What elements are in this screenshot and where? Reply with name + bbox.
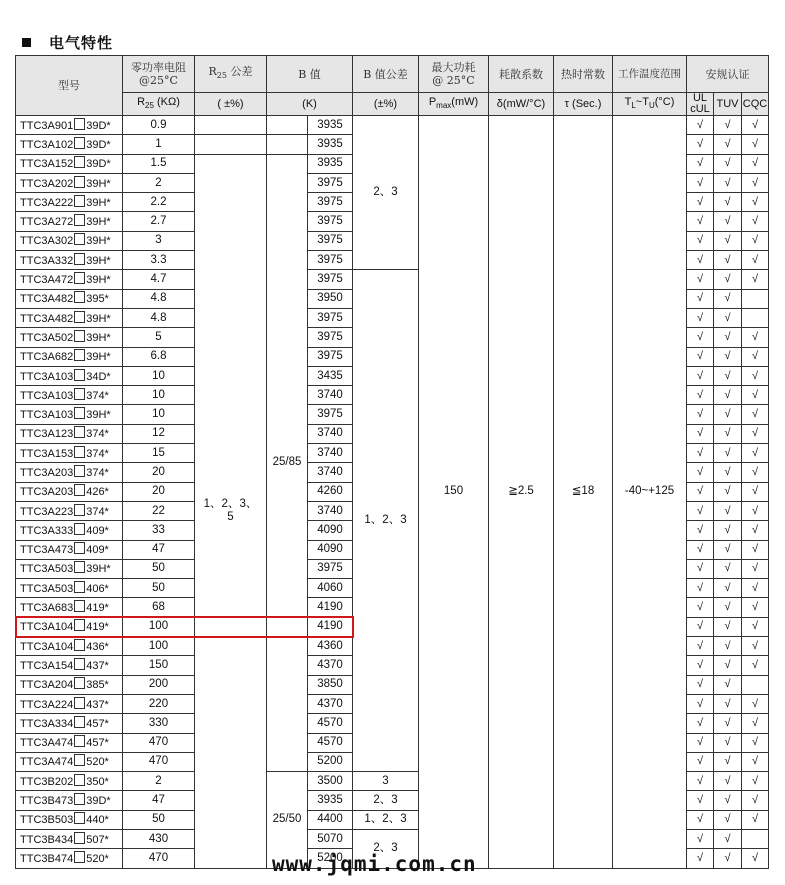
cert-cqc-check: √: [742, 540, 769, 559]
placeholder-box-icon: [74, 407, 85, 419]
r25-cell: 2: [123, 173, 195, 192]
cert-ul-check: √: [687, 540, 714, 559]
r25-cell: 5: [123, 328, 195, 347]
cert-cqc-check: √: [742, 752, 769, 771]
cert-tuv-check: √: [714, 463, 742, 482]
placeholder-box-icon: [74, 716, 85, 728]
cert-ul-check: √: [687, 733, 714, 752]
cert-tuv-check: √: [714, 656, 742, 675]
model-cell: TTC3A474520*: [16, 752, 123, 771]
b-value-cell: 4190: [308, 617, 353, 636]
header-certification: 安规认证: [687, 56, 769, 93]
electrical-characteristics-table: 型号 零功率电阻@25°C R25 公差 B 值 B 值公差 最大功耗@ 25°…: [15, 55, 769, 869]
cert-tuv-check: √: [714, 193, 742, 212]
model-cell: TTC3B434507*: [16, 829, 123, 848]
r25-cell: 20: [123, 463, 195, 482]
cert-cqc-check: √: [742, 501, 769, 520]
model-cell: TTC3A203426*: [16, 482, 123, 501]
cert-ul-check: √: [687, 617, 714, 636]
placeholder-box-icon: [74, 504, 85, 516]
header-cert-ul: ULcUL: [687, 93, 714, 116]
model-cell: TTC3A22239H*: [16, 193, 123, 212]
placeholder-box-icon: [74, 388, 85, 400]
cert-tuv-check: √: [714, 444, 742, 463]
r25-cell: 4.7: [123, 270, 195, 289]
cert-cqc-check: √: [742, 270, 769, 289]
model-cell: TTC3A203374*: [16, 463, 123, 482]
cert-cqc-check: √: [742, 366, 769, 385]
cert-ul-check: √: [687, 444, 714, 463]
header-cert-tuv: TUV: [714, 93, 742, 116]
r25-cell: 12: [123, 424, 195, 443]
cert-tuv-check: √: [714, 772, 742, 791]
placeholder-box-icon: [74, 349, 85, 361]
cert-tuv-check: √: [714, 637, 742, 656]
model-cell: TTC3A50239H*: [16, 328, 123, 347]
cert-ul-check: √: [687, 849, 714, 868]
b-tol-cell: 2、3: [353, 791, 419, 810]
r25-cell: 430: [123, 829, 195, 848]
model-cell: TTC3B474520*: [16, 849, 123, 868]
b-tol-cell: 2、3: [353, 116, 419, 270]
cert-tuv-check: √: [714, 231, 742, 250]
placeholder-box-icon: [74, 793, 85, 805]
b-value-cell: 4260: [308, 482, 353, 501]
r25-cell: 20: [123, 482, 195, 501]
cert-ul-check: √: [687, 829, 714, 848]
b-value-cell: 3950: [308, 289, 353, 308]
cert-tuv-check: √: [714, 752, 742, 771]
placeholder-box-icon: [74, 639, 85, 651]
cert-ul-check: √: [687, 135, 714, 154]
model-cell: TTC3A27239H*: [16, 212, 123, 231]
placeholder-box-icon: [74, 176, 85, 188]
section-title-text: 电气特性: [49, 34, 113, 52]
cert-cqc-check: √: [742, 810, 769, 829]
cert-cqc-check: √: [742, 405, 769, 424]
cert-tuv-check: √: [714, 810, 742, 829]
b-range-cell: [267, 135, 308, 154]
cert-ul-check: √: [687, 772, 714, 791]
cert-tuv-check: √: [714, 540, 742, 559]
model-cell: TTC3A473409*: [16, 540, 123, 559]
cert-cqc-check: √: [742, 637, 769, 656]
placeholder-box-icon: [74, 330, 85, 342]
r25-cell: 1.5: [123, 154, 195, 173]
r25-tol-cell: [195, 116, 267, 135]
section-title: 电气特性: [22, 32, 113, 53]
placeholder-box-icon: [74, 774, 85, 786]
model-cell: TTC3A503406*: [16, 579, 123, 598]
r25-cell: 100: [123, 637, 195, 656]
cert-tuv-check: √: [714, 135, 742, 154]
model-cell: TTC3A20239H*: [16, 173, 123, 192]
cert-cqc-check: √: [742, 598, 769, 617]
r25-cell: 10: [123, 405, 195, 424]
table-body: TTC3A90139D*0.939352、3150≧2.5≦18-40~+125…: [16, 116, 769, 869]
cert-tuv-check: √: [714, 424, 742, 443]
cert-ul-check: √: [687, 637, 714, 656]
placeholder-box-icon: [74, 369, 85, 381]
cert-ul-check: √: [687, 405, 714, 424]
cert-ul-check: √: [687, 694, 714, 713]
model-cell: TTC3A154437*: [16, 656, 123, 675]
r25-cell: 47: [123, 540, 195, 559]
placeholder-box-icon: [74, 754, 85, 766]
cert-cqc-check: √: [742, 521, 769, 540]
cert-ul-check: √: [687, 752, 714, 771]
r25-cell: 4.8: [123, 289, 195, 308]
b-value-cell: 3975: [308, 231, 353, 250]
r25-cell: 220: [123, 694, 195, 713]
cert-cqc-check: √: [742, 347, 769, 366]
b-value-cell: 3740: [308, 463, 353, 482]
header-b-value: B 值: [267, 56, 353, 93]
b-value-cell: 3975: [308, 270, 353, 289]
model-cell: TTC3A48239H*: [16, 308, 123, 327]
cert-ul-check: √: [687, 308, 714, 327]
b-value-cell: 3975: [308, 347, 353, 366]
placeholder-box-icon: [74, 600, 85, 612]
cert-tuv-check: √: [714, 501, 742, 520]
header-b-tol-unit: (±%): [353, 93, 419, 116]
cert-ul-check: √: [687, 810, 714, 829]
b-value-cell: 4570: [308, 733, 353, 752]
cert-ul-check: √: [687, 366, 714, 385]
cert-ul-check: √: [687, 559, 714, 578]
cert-cqc-check: √: [742, 424, 769, 443]
model-cell: TTC3A10339H*: [16, 405, 123, 424]
b-tol-cell: 3: [353, 772, 419, 791]
placeholder-box-icon: [74, 697, 85, 709]
cert-ul-check: √: [687, 791, 714, 810]
placeholder-box-icon: [74, 446, 85, 458]
cert-ul-check: √: [687, 482, 714, 501]
b-value-cell: 3975: [308, 559, 353, 578]
cert-ul-check: √: [687, 501, 714, 520]
model-cell: TTC3A123374*: [16, 424, 123, 443]
model-cell: TTC3A10334D*: [16, 366, 123, 385]
table-row: TTC3A90139D*0.939352、3150≧2.5≦18-40~+125…: [16, 116, 769, 135]
b-value-cell: 4570: [308, 714, 353, 733]
header-r25-tolerance: R25 公差: [195, 56, 267, 93]
cert-ul-check: √: [687, 173, 714, 192]
placeholder-box-icon: [74, 195, 85, 207]
model-cell: TTC3A104419*: [16, 617, 123, 636]
cert-cqc-check: √: [742, 694, 769, 713]
cert-tuv-check: √: [714, 598, 742, 617]
b-value-cell: 4060: [308, 579, 353, 598]
model-cell: TTC3A33239H*: [16, 251, 123, 270]
placeholder-box-icon: [74, 214, 85, 226]
b-value-cell: 4370: [308, 656, 353, 675]
dissipation-merged: ≧2.5: [489, 116, 554, 869]
r25-cell: 10: [123, 366, 195, 385]
cert-ul-check: √: [687, 714, 714, 733]
b-value-cell: 3740: [308, 386, 353, 405]
model-cell: TTC3A47239H*: [16, 270, 123, 289]
r25-cell: 22: [123, 501, 195, 520]
b-value-cell: 3975: [308, 212, 353, 231]
cert-ul-check: √: [687, 212, 714, 231]
cert-tuv-check: √: [714, 289, 742, 308]
r25-tol-merged: 1、2、3、 5: [195, 154, 267, 868]
model-cell: TTC3A10239D*: [16, 135, 123, 154]
placeholder-box-icon: [74, 233, 85, 245]
model-cell: TTC3A50339H*: [16, 559, 123, 578]
cert-tuv-check: √: [714, 328, 742, 347]
cert-ul-check: √: [687, 251, 714, 270]
r25-cell: 470: [123, 752, 195, 771]
watermark: www.jqmi.com.cn: [272, 852, 477, 876]
cert-ul-check: √: [687, 347, 714, 366]
placeholder-box-icon: [74, 118, 85, 130]
cert-cqc-check: √: [742, 251, 769, 270]
b-range-85: 25/85: [267, 154, 308, 772]
model-cell: TTC3A90139D*: [16, 116, 123, 135]
header-temp-range: 工作温度范围: [613, 56, 687, 93]
r25-cell: 100: [123, 617, 195, 636]
cert-tuv-check: √: [714, 694, 742, 713]
b-value-cell: 4190: [308, 598, 353, 617]
placeholder-box-icon: [74, 311, 85, 323]
model-cell: TTC3A223374*: [16, 501, 123, 520]
b-value-cell: 4360: [308, 637, 353, 656]
header-dissipation-unit: δ(mW/°C): [489, 93, 554, 116]
b-value-cell: 4090: [308, 521, 353, 540]
r25-cell: 2.7: [123, 212, 195, 231]
placeholder-box-icon: [74, 619, 85, 631]
header-model: 型号: [16, 56, 123, 116]
cert-tuv-check: √: [714, 173, 742, 192]
time-constant-merged: ≦18: [554, 116, 613, 869]
placeholder-box-icon: [74, 677, 85, 689]
cert-ul-check: √: [687, 270, 714, 289]
cert-tuv-check: √: [714, 521, 742, 540]
cert-ul-check: √: [687, 463, 714, 482]
cert-cqc-check: √: [742, 116, 769, 135]
header-cert-cqc: CQC: [742, 93, 769, 116]
model-cell: TTC3A204385*: [16, 675, 123, 694]
b-value-cell: 3850: [308, 675, 353, 694]
placeholder-box-icon: [74, 735, 85, 747]
cert-cqc-check: √: [742, 559, 769, 578]
model-cell: TTC3B202350*: [16, 772, 123, 791]
cert-tuv-check: √: [714, 212, 742, 231]
header-pmax-unit: Pmax(mW): [419, 93, 489, 116]
r25-cell: 15: [123, 444, 195, 463]
cert-tuv-check: √: [714, 714, 742, 733]
b-value-cell: 3500: [308, 772, 353, 791]
b-value-cell: 3975: [308, 193, 353, 212]
cert-tuv-check: √: [714, 829, 742, 848]
b-value-cell: 3935: [308, 154, 353, 173]
b-value-cell: 3935: [308, 135, 353, 154]
b-tol-cell: 1、2、3: [353, 270, 419, 772]
cert-tuv-check: √: [714, 617, 742, 636]
pmax-merged: 150: [419, 116, 489, 869]
placeholder-box-icon: [74, 484, 85, 496]
b-value-cell: 3740: [308, 444, 353, 463]
header-b-unit: (K): [267, 93, 353, 116]
b-value-cell: 4090: [308, 540, 353, 559]
r25-cell: 6.8: [123, 347, 195, 366]
r25-cell: 470: [123, 733, 195, 752]
r25-cell: 2.2: [123, 193, 195, 212]
r25-cell: 50: [123, 810, 195, 829]
cert-cqc-check: √: [742, 154, 769, 173]
placeholder-box-icon: [74, 561, 85, 573]
header-time-constant: 热时常数: [554, 56, 613, 93]
model-cell: TTC3A153374*: [16, 444, 123, 463]
header-b-tolerance: B 值公差: [353, 56, 419, 93]
model-cell: TTC3B503440*: [16, 810, 123, 829]
r25-cell: 0.9: [123, 116, 195, 135]
r25-cell: 50: [123, 579, 195, 598]
cert-cqc-check: √: [742, 135, 769, 154]
cert-cqc-check: √: [742, 617, 769, 636]
cert-cqc-check: √: [742, 772, 769, 791]
r25-cell: 150: [123, 656, 195, 675]
r25-cell: 330: [123, 714, 195, 733]
r25-cell: 1: [123, 135, 195, 154]
r25-cell: 10: [123, 386, 195, 405]
b-value-cell: 4400: [308, 810, 353, 829]
b-value-cell: 3975: [308, 405, 353, 424]
placeholder-box-icon: [74, 832, 85, 844]
b-value-cell: 3740: [308, 424, 353, 443]
placeholder-box-icon: [74, 156, 85, 168]
r25-cell: 50: [123, 559, 195, 578]
cert-tuv-check: √: [714, 405, 742, 424]
model-cell: TTC3A104436*: [16, 637, 123, 656]
cert-ul-check: √: [687, 289, 714, 308]
cert-cqc-check: √: [742, 173, 769, 192]
b-range-cell: [267, 116, 308, 135]
r25-cell: 47: [123, 791, 195, 810]
cert-cqc-check: √: [742, 444, 769, 463]
r25-tol-cell: [195, 135, 267, 154]
b-value-cell: 3935: [308, 116, 353, 135]
b-value-cell: 3975: [308, 251, 353, 270]
r25-cell: 3: [123, 231, 195, 250]
cert-cqc-check: √: [742, 231, 769, 250]
placeholder-box-icon: [74, 658, 85, 670]
cert-ul-check: √: [687, 231, 714, 250]
cert-ul-check: √: [687, 675, 714, 694]
placeholder-box-icon: [74, 253, 85, 265]
cert-tuv-check: √: [714, 154, 742, 173]
cert-tuv-check: √: [714, 116, 742, 135]
cert-tuv-check: √: [714, 791, 742, 810]
cert-tuv-check: √: [714, 308, 742, 327]
r25-cell: 3.3: [123, 251, 195, 270]
header-r25: 零功率电阻@25°C: [123, 56, 195, 93]
b-value-cell: 4370: [308, 694, 353, 713]
model-cell: TTC3A224437*: [16, 694, 123, 713]
placeholder-box-icon: [74, 272, 85, 284]
b-value-cell: 5200: [308, 752, 353, 771]
b-value-cell: 3975: [308, 328, 353, 347]
placeholder-box-icon: [74, 426, 85, 438]
placeholder-box-icon: [74, 581, 85, 593]
cert-ul-check: √: [687, 386, 714, 405]
header-temp-range-unit: TL~TU(°C): [613, 93, 687, 116]
b-value-cell: 5070: [308, 829, 353, 848]
placeholder-box-icon: [74, 137, 85, 149]
cert-tuv-check: √: [714, 733, 742, 752]
r25-cell: 200: [123, 675, 195, 694]
placeholder-box-icon: [74, 812, 85, 824]
header-time-const-unit: τ (Sec.): [554, 93, 613, 116]
cert-ul-check: √: [687, 656, 714, 675]
cert-cqc-check: √: [742, 193, 769, 212]
cert-ul-check: √: [687, 116, 714, 135]
cert-tuv-check: √: [714, 366, 742, 385]
cert-cqc-check: √: [742, 656, 769, 675]
b-value-cell: 3740: [308, 501, 353, 520]
r25-cell: 470: [123, 849, 195, 868]
cert-tuv-check: √: [714, 482, 742, 501]
header-pmax: 最大功耗@ 25°C: [419, 56, 489, 93]
cert-cqc-check: √: [742, 849, 769, 868]
r25-cell: 2: [123, 772, 195, 791]
model-cell: TTC3A482395*: [16, 289, 123, 308]
model-cell: TTC3A15239D*: [16, 154, 123, 173]
cert-cqc-check: [742, 289, 769, 308]
square-bullet-icon: [22, 38, 31, 47]
b-tol-cell: 1、2、3: [353, 810, 419, 829]
model-cell: TTC3A334457*: [16, 714, 123, 733]
cert-tuv-check: √: [714, 675, 742, 694]
model-cell: TTC3A68239H*: [16, 347, 123, 366]
cert-cqc-check: [742, 675, 769, 694]
cert-ul-check: √: [687, 579, 714, 598]
placeholder-box-icon: [74, 291, 85, 303]
cert-tuv-check: √: [714, 386, 742, 405]
cert-cqc-check: [742, 308, 769, 327]
cert-cqc-check: √: [742, 386, 769, 405]
cert-tuv-check: √: [714, 347, 742, 366]
header-r25-unit: R25 (KΩ): [123, 93, 195, 116]
cert-cqc-check: √: [742, 328, 769, 347]
cert-ul-check: √: [687, 328, 714, 347]
cert-cqc-check: √: [742, 463, 769, 482]
cert-ul-check: √: [687, 154, 714, 173]
placeholder-box-icon: [74, 542, 85, 554]
placeholder-box-icon: [74, 465, 85, 477]
r25-cell: 68: [123, 598, 195, 617]
cert-tuv-check: √: [714, 270, 742, 289]
model-cell: TTC3A103374*: [16, 386, 123, 405]
cert-ul-check: √: [687, 598, 714, 617]
model-cell: TTC3A333409*: [16, 521, 123, 540]
b-value-cell: 3435: [308, 366, 353, 385]
placeholder-box-icon: [74, 851, 85, 863]
cert-cqc-check: √: [742, 791, 769, 810]
cert-tuv-check: √: [714, 559, 742, 578]
cert-cqc-check: √: [742, 482, 769, 501]
cert-ul-check: √: [687, 193, 714, 212]
cert-cqc-check: √: [742, 714, 769, 733]
cert-ul-check: √: [687, 521, 714, 540]
header-dissipation: 耗散系数: [489, 56, 554, 93]
cert-cqc-check: [742, 829, 769, 848]
temp-range-merged: -40~+125: [613, 116, 687, 869]
r25-cell: 33: [123, 521, 195, 540]
cert-tuv-check: √: [714, 849, 742, 868]
b-value-cell: 3935: [308, 791, 353, 810]
